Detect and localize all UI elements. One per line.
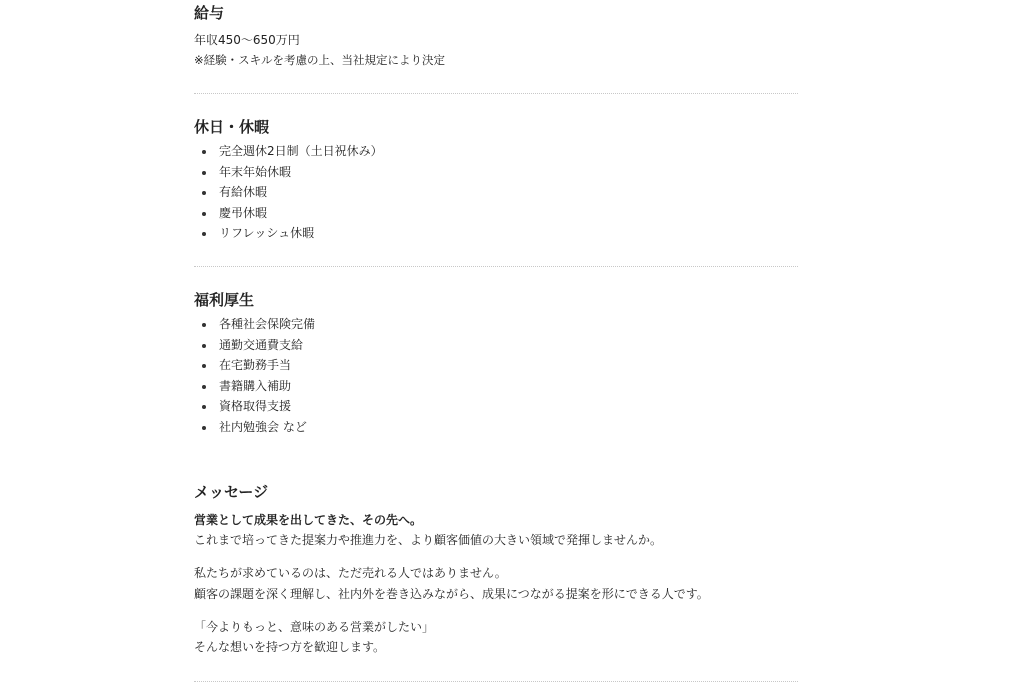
section-divider <box>194 93 798 94</box>
message-line: 「今よりもっと、意味のある営業がしたい」 <box>194 617 434 638</box>
list-item: 慶弔休暇 <box>194 203 798 224</box>
holidays-list: 完全週休2日制（土日祝休み） 年末年始休暇 有給休暇 慶弔休暇 リフレッシュ休暇 <box>194 141 798 244</box>
benefits-list: 各種社会保険完備 通勤交通費支給 在宅勤務手当 書籍購入補助 資格取得支援 社内… <box>194 314 798 437</box>
list-item: 資格取得支援 <box>194 396 798 417</box>
list-item: 在宅勤務手当 <box>194 355 798 376</box>
message-heading: メッセージ <box>194 482 268 502</box>
salary-amount: 年収450〜650万円 <box>194 30 300 51</box>
message-lead: 営業として成果を出してきた、その先へ。 <box>194 510 422 531</box>
holidays-heading: 休日・休暇 <box>194 117 269 137</box>
message-line: 顧客の課題を深く理解し、社内外を巻き込みながら、成果につながる提案を形にできる人… <box>194 584 709 605</box>
list-item: 書籍購入補助 <box>194 376 798 397</box>
message-line: 私たちが求めているのは、ただ売れる人ではありません。 <box>194 563 507 584</box>
list-item: 完全週休2日制（土日祝休み） <box>194 141 798 162</box>
list-item: 年末年始休暇 <box>194 162 798 183</box>
list-item: 通勤交通費支給 <box>194 335 798 356</box>
list-item: 各種社会保険完備 <box>194 314 798 335</box>
list-item: 社内勉強会 など <box>194 417 798 438</box>
list-item: リフレッシュ休暇 <box>194 223 798 244</box>
message-line: これまで培ってきた提案力や推進力を、より顧客価値の大きい領域で発揮しませんか。 <box>194 530 662 551</box>
benefits-heading: 福利厚生 <box>194 290 254 310</box>
list-item: 有給休暇 <box>194 182 798 203</box>
salary-heading: 給与 <box>194 3 224 23</box>
salary-section: 給与 <box>194 3 224 23</box>
section-divider <box>194 266 798 267</box>
message-line: そんな想いを持つ方を歓迎します。 <box>194 637 385 658</box>
salary-note: ※経験・スキルを考慮の上、当社規定により決定 <box>194 50 445 71</box>
section-divider <box>194 681 798 682</box>
